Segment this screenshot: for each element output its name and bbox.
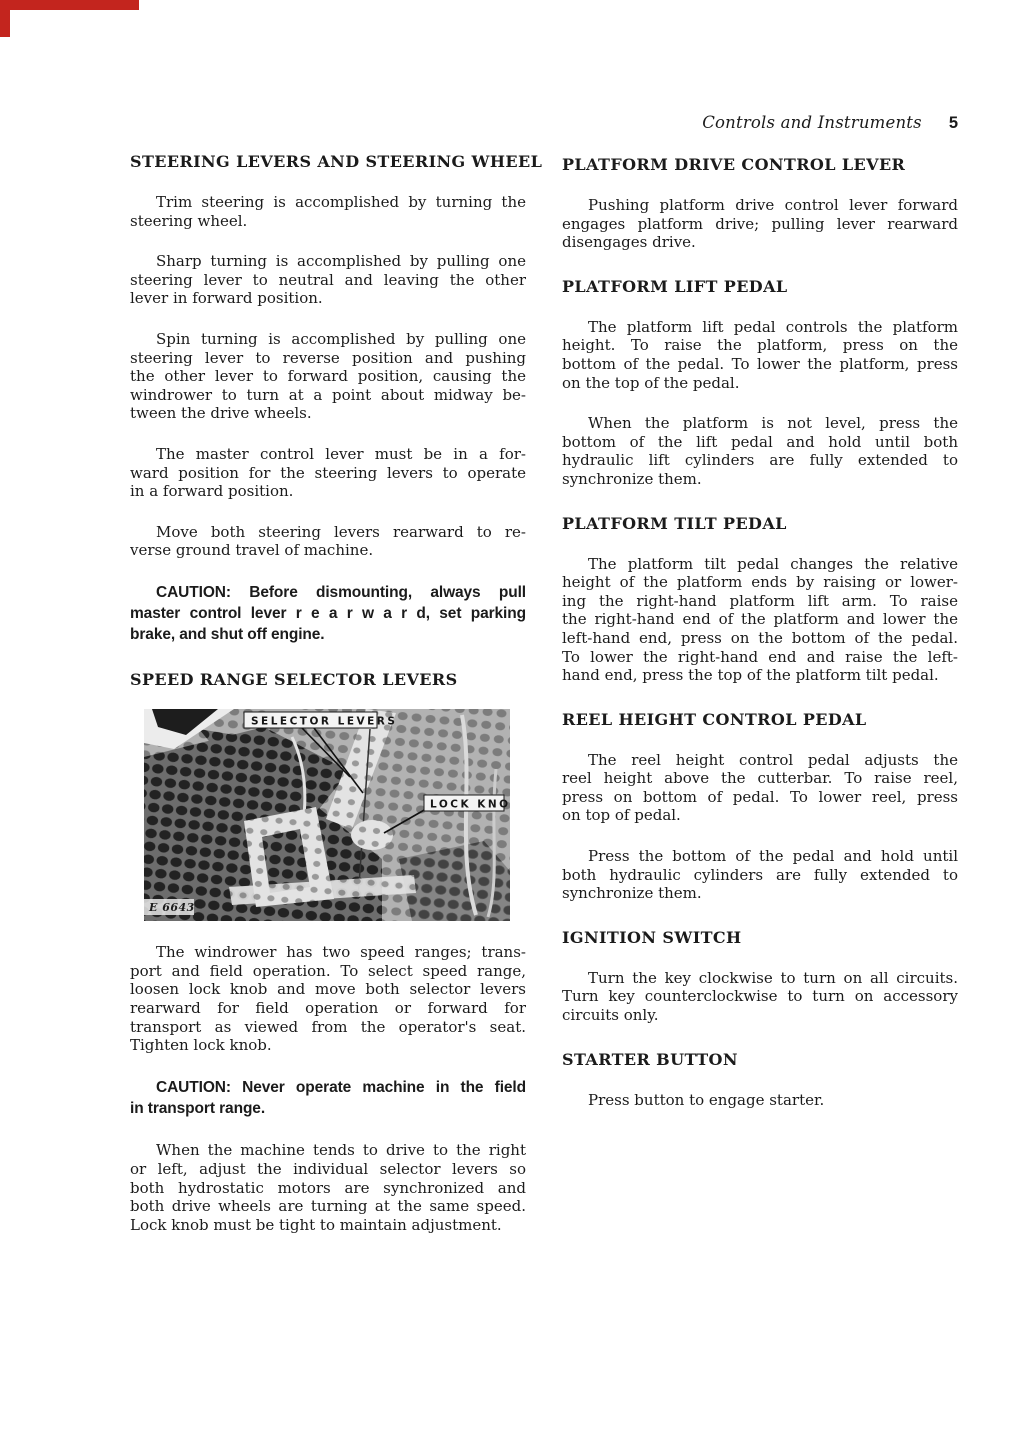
photo-lock-knob-shape [351, 820, 393, 850]
paragraph-starter-button: Press button to engage starter. [562, 1091, 958, 1110]
figure-caption-code: E 6643 [148, 901, 195, 914]
left-column: STEERING LEVERS AND STEERING WHEEL Trim … [130, 142, 526, 1234]
caution-dismounting: CAUTION: Before dismounting, always pull… [130, 583, 526, 645]
heading-ignition-switch: IGNITION SWITCH [562, 928, 958, 947]
right-column: PLATFORM DRIVE CONTROL LEVER Pushing pla… [562, 142, 958, 1109]
heading-platform-lift: PLATFORM LIFT PEDAL [562, 277, 958, 296]
callout-label-lock-knob: LOCK KNOB [430, 799, 510, 811]
callout-label-selector-levers: SELECTOR LEVERS [251, 716, 397, 728]
heading-reel-height: REEL HEIGHT CONTROL PEDAL [562, 710, 958, 729]
heading-steering-levers: STEERING LEVERS AND STEERING WHEEL [130, 152, 526, 171]
paragraph-synchronize-motors: When the machine tends to drive to the r… [130, 1141, 526, 1234]
paragraph-platform-tilt: The platform tilt pedal changes the rela… [562, 555, 958, 685]
paragraph-reel-height-1: The reel height control pedal adjusts th… [562, 751, 958, 825]
heading-speed-range: SPEED RANGE SELECTOR LEVERS [130, 670, 526, 689]
paragraph-platform-lift-1: The platform lift pedal controls the pla… [562, 318, 958, 392]
paragraph-move-levers: Move both steering levers rearward to re… [130, 523, 526, 560]
heading-platform-tilt: PLATFORM TILT PEDAL [562, 514, 958, 533]
paragraph-spin-turning: Spin turning is accomplished by pulling … [130, 330, 526, 423]
paragraph-ignition-switch: Turn the key clockwise to turn on all ci… [562, 969, 958, 1025]
scan-artifact-top [8, 0, 139, 10]
running-head-title: Controls and Instruments [702, 113, 922, 132]
paragraph-trim-steering: Trim steering is accomplished by turning… [130, 193, 526, 230]
heading-starter-button: STARTER BUTTON [562, 1050, 958, 1069]
running-head: Controls and Instruments 5 [562, 113, 958, 133]
heading-platform-drive: PLATFORM DRIVE CONTROL LEVER [562, 155, 958, 174]
paragraph-speed-ranges: The windrower has two speed ranges; tran… [130, 943, 526, 1055]
paragraph-sharp-turning: Sharp turning is accomplished by pulling… [130, 252, 526, 308]
manual-page: Controls and Instruments 5 STEERING LEVE… [0, 0, 1024, 1449]
page-number: 5 [949, 114, 958, 133]
halftone-photo: SELECTOR LEVERS LOCK KNOB E 6643 [144, 709, 510, 921]
caution-transport-range: CAUTION: Never operate machine in the fi… [130, 1078, 526, 1120]
paragraph-reel-height-2: Press the bottom of the pedal and hold u… [562, 847, 958, 903]
scan-artifact-left [0, 0, 10, 37]
paragraph-master-control: The master control lever must be in a fo… [130, 445, 526, 501]
paragraph-platform-lift-2: When the platform is not level, press th… [562, 414, 958, 488]
figure-selector-levers-photo: SELECTOR LEVERS LOCK KNOB E 6643 [144, 709, 510, 921]
paragraph-platform-drive: Pushing platform drive control lever for… [562, 196, 958, 252]
